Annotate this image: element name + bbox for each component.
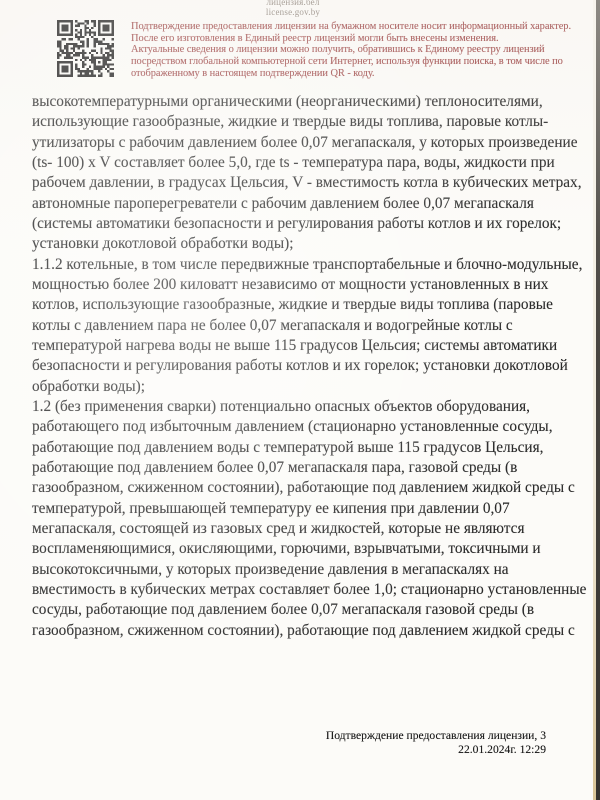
body-text-line: работающего под избыточным давлением (ст… [32,417,588,437]
body-text-line: работающие под давлением более 0,07 мега… [32,458,588,478]
body-text-line: рабочем давлении, в градусах Цельсия, V … [32,173,588,193]
body-text-line: сосуды, работающие под давлением более 0… [32,600,588,620]
body-text-line: (ts- 100) х V составляет более 5,0, где … [32,153,588,173]
body-text-line: установки докотловой обработки воды); [32,234,588,254]
qr-code-icon [57,20,114,77]
body-text-line: 1.1.2 котельные, в том числе передвижные… [32,255,588,275]
body-text-line: использующие газообразные, жидкие и твер… [32,112,588,132]
body-text-line: высокотоксичными, у которых произведение… [32,560,588,580]
body-text-line: вместимость в кубических метрах составля… [32,580,588,600]
body-text-line: утилизаторы с рабочим давлением более 0,… [32,133,588,153]
notice-line: После его изготовления в Единый реестр л… [131,33,593,45]
license-confirmation-notice: Подтверждение предоставления лицензии на… [131,21,593,80]
footer-doc-title-page-number: Подтверждение предоставления лицензии, 3 [326,729,546,743]
body-text-line: воспламеняющимися, окисляющими, горючими… [32,539,588,559]
body-text-line: мощностью более 200 киловатт независимо … [32,275,588,295]
body-text-line: газообразном, сжиженном состоянии), рабо… [32,478,588,498]
body-text-line: автономные пароперегреватели с рабочим д… [32,194,588,214]
notice-line: посредством глобальной компьютерной сети… [131,56,593,68]
body-text-line: безопасности и регулирования работы котл… [32,356,588,376]
scan-edge-artifact-dark [596,0,600,800]
body-text-line: газообразном, сжиженном состоянии), рабо… [32,621,588,641]
page-footer: Подтверждение предоставления лицензии, 3… [326,729,546,757]
scanned-license-page: лицензия.бел license.gov.by Подтверждени… [0,0,600,800]
site-domain-latin: license.gov.by [0,8,586,18]
body-text-line: котлов, использующие газообразные, жидки… [32,295,588,315]
qr-code-svg [57,20,114,77]
site-domain-lines: лицензия.бел license.gov.by [0,0,586,17]
body-text-line: работающие под давлением воды с температ… [32,438,588,458]
notice-line: Подтверждение предоставления лицензии на… [131,21,593,33]
body-text-line: 1.2 (без применения сварки) потенциально… [32,397,588,417]
body-text-line: температурой, превышающей температуру ее… [32,499,588,519]
body-text-line: (системы автоматики безопасности и регул… [32,214,588,234]
body-text-line: высокотемпературными органическими (неор… [32,92,588,112]
body-text-line: котлы с давлением пара не более 0,07 мег… [32,316,588,336]
body-text-line: температурой нагрева воды не выше 115 гр… [32,336,588,356]
notice-line: Актуальные сведения о лицензии можно пол… [131,44,593,56]
body-text-line: обработки воды); [32,377,588,397]
license-body-text: высокотемпературными органическими (неор… [32,92,588,641]
footer-datetime: 22.01.2024г. 12:29 [326,743,546,757]
body-text-line: мегапаскаля, состоящей из газовых сред и… [32,519,588,539]
notice-line: отображенному в настоящем подтверждении … [131,68,593,80]
